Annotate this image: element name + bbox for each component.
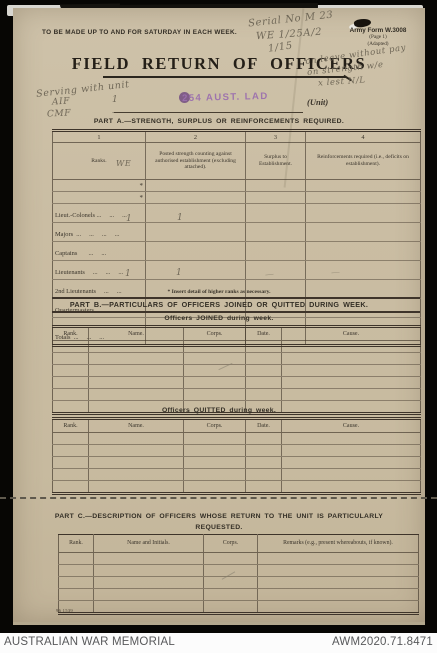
joined-empty-row	[53, 365, 421, 377]
part-a-footnote: * Insert detail of higher ranks as neces…	[13, 289, 425, 295]
part-a-title: PART A.—STRENGTH, SURPLUS OR REINFORCEME…	[13, 118, 425, 125]
part-a-header-posted-strength: Posted strength counting against authori…	[146, 143, 246, 180]
officers-quitted-caption: Officers QUITTED during week.	[13, 407, 425, 414]
part-b-rule-top	[52, 297, 420, 299]
part-c-header-name: Name and Initials.	[94, 535, 204, 553]
officers-quitted-table: Rank. Name. Corps. Date. Cause.	[52, 417, 421, 495]
part-b-rule-bottom	[52, 311, 420, 313]
part-b-title: PART B.—PARTICULARS OF OFFICERS JOINED O…	[13, 300, 425, 309]
handwritten-captains-count: 1	[126, 214, 132, 224]
form-paper: TO BE MADE UP TO AND FOR SATURDAY IN EAC…	[13, 8, 425, 625]
quitted-header-name: Name.	[89, 419, 184, 433]
quitted-empty-row	[53, 481, 421, 494]
form-number: Army Form W.3008	[330, 27, 425, 34]
rank-label-majors: Majors ... ... ... ...	[55, 231, 119, 238]
joined-empty-row	[53, 341, 421, 353]
joined-header-name: Name.	[89, 327, 184, 341]
institution-name: AUSTRALIAN WAR MEMORIAL	[4, 636, 175, 648]
part-c-empty-row	[59, 601, 419, 614]
part-c-empty-row	[59, 577, 419, 589]
part-c-empty-row	[59, 553, 419, 565]
handwritten-totals-reinforcements-dash: —	[331, 268, 341, 279]
part-c-header-corps: Corps.	[204, 535, 258, 553]
part-a-col-number: 2	[146, 131, 246, 143]
part-a-header-reinforcements: Reinforcements required (i.e., deficits …	[306, 143, 421, 180]
part-a-col-number: 1	[53, 131, 146, 143]
unit-label: (Unit)	[307, 97, 328, 107]
rank-label-captains: Captains ... ...	[55, 250, 106, 257]
quitted-empty-row	[53, 433, 421, 445]
printer-imprint: 96 1539	[56, 608, 73, 613]
part-c-table: Rank. Name and Initials. Corps. Remarks …	[58, 534, 419, 615]
part-a-header-surplus: Surplus to Establishment.	[246, 143, 306, 180]
joined-header-corps: Corps.	[184, 327, 246, 341]
joined-header-rank: Rank.	[53, 327, 89, 341]
handwritten-totals-count: 1	[125, 269, 131, 279]
part-c-header-rank: Rank.	[59, 535, 94, 553]
rank-label-lieut-colonels: Lieut.-Colonels ... ... ...	[55, 212, 127, 219]
handwritten-aif-value: 1	[112, 95, 118, 105]
quitted-header-cause: Cause.	[282, 419, 421, 433]
handwritten-totals-surplus-dash: —	[265, 270, 275, 281]
footnote-asterisk: *	[140, 194, 144, 202]
handwritten-aif: AIF	[52, 96, 71, 107]
part-a-col-number: 4	[306, 131, 421, 143]
handwritten-fraction: 1/15	[267, 40, 293, 54]
unit-write-line	[114, 112, 303, 113]
accession-number: AWM2020.71.8471	[332, 636, 433, 648]
officers-joined-table: Rank. Name. Corps. Date. Cause.	[52, 325, 421, 415]
quitted-header-rank: Rank.	[53, 419, 89, 433]
handwritten-cmf-value: –	[112, 108, 117, 118]
quitted-empty-row	[53, 445, 421, 457]
handwritten-totals-posted: 1	[176, 268, 182, 278]
scanned-document: TO BE MADE UP TO AND FOR SATURDAY IN EAC…	[0, 0, 437, 653]
higher-rank-blank-row: *	[53, 192, 146, 204]
joined-empty-row	[53, 353, 421, 365]
quitted-empty-row	[53, 457, 421, 469]
rank-label-lieutenants: Lieutenants ... ... ...	[55, 269, 123, 276]
quitted-header-corps: Corps.	[184, 419, 246, 433]
officers-joined-caption: Officers JOINED during week.	[13, 315, 425, 322]
part-a-header-ranks: Ranks.	[53, 143, 146, 180]
joined-empty-row	[53, 377, 421, 389]
awm-caption-bar: AUSTRALIAN WAR MEMORIAL AWM2020.71.8471	[0, 633, 437, 653]
unit-stamp: 254 AUST. LAD	[182, 91, 269, 104]
handwritten-we-ranks: WE	[116, 159, 131, 168]
part-a-col-number: 3	[246, 131, 306, 143]
joined-header-cause: Cause.	[282, 327, 421, 341]
army-form-reference: Army Form W.3008 (Page 1) (Adapted)	[330, 27, 425, 47]
part-c-title: PART C.—DESCRIPTION OF OFFICERS WHOSE RE…	[49, 512, 389, 533]
quitted-empty-row	[53, 469, 421, 481]
top-instruction: TO BE MADE UP TO AND FOR SATURDAY IN EAC…	[42, 29, 237, 36]
part-c-empty-row	[59, 589, 419, 601]
part-c-empty-row	[59, 565, 419, 577]
handwritten-captains-posted: 1	[177, 213, 183, 223]
dashed-cut-line	[0, 497, 437, 499]
footnote-asterisk: *	[140, 182, 144, 190]
joined-empty-row	[53, 389, 421, 401]
joined-header-date: Date.	[246, 327, 282, 341]
handwritten-last-note: x lest N/L	[318, 75, 366, 88]
part-c-header-remarks: Remarks (e.g., present whereabouts, if k…	[258, 535, 419, 553]
quitted-header-date: Date.	[246, 419, 282, 433]
higher-rank-blank-row: *	[53, 180, 146, 192]
